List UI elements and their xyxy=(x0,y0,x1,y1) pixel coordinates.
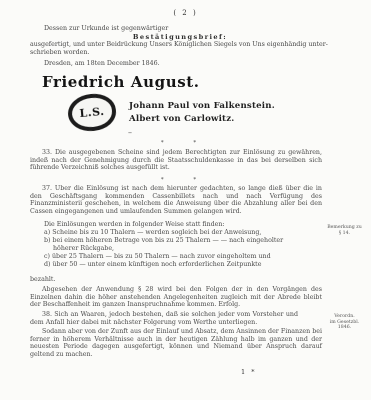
closing-line-1: Dessen zur Urkunde ist gegenwärtiger xyxy=(30,25,330,33)
list-close: bezahlt. xyxy=(30,276,55,283)
signer-name: Johann Paul von Falkenstein. xyxy=(129,100,275,113)
margin-note-line: § 14. xyxy=(321,231,368,237)
list-intro: Die Einlösungen werden in folgender Weis… xyxy=(44,221,306,229)
paragraph-final: Sodann aber von der Zunft aus der Einlau… xyxy=(30,328,322,359)
sheet-signature: 1 * xyxy=(241,368,256,376)
closing-line-4: schrieben worden. xyxy=(30,49,330,57)
signature-king: Friedrich August. xyxy=(42,73,200,91)
signer-name: Albert von Carlowitz. xyxy=(129,113,275,126)
margin-note-line: Bemerkung zu xyxy=(321,225,368,231)
page-number: ( 2 ) xyxy=(0,9,371,17)
list-item-a: a) Scheine bis zu 10 Thalern — werden so… xyxy=(44,229,306,237)
countersignatures: Johann Paul von Falkenstein. Albert von … xyxy=(129,100,275,125)
margin-note: Verordn. im Gesetzbl. 1846. xyxy=(321,314,368,331)
margin-note-line: 1846. xyxy=(321,325,368,331)
paragraph-37: 37. Über die Einlösung ist nach dem hier… xyxy=(30,185,322,216)
seal-text: L.S. xyxy=(79,105,105,120)
margin-note: Bemerkung zu § 14. xyxy=(321,225,368,236)
scanned-document-page: ( 2 ) Dessen zur Urkunde ist gegenwärtig… xyxy=(0,0,371,400)
closing-line-3: ausgefertigt, und unter Beidrückung Unse… xyxy=(30,41,330,49)
list-item-c: c) über 25 Thalern — bis zu 50 Thalern —… xyxy=(44,253,306,261)
dateline: Dresden, am 18ten December 1846. xyxy=(44,60,160,67)
section-divider: * * xyxy=(0,177,371,183)
paragraph-33: 33. Die ausgegebenen Scheine sind jedem … xyxy=(30,149,322,172)
paragraph-38: 38. Sich an Waaren, jedoch bestehen, daß… xyxy=(30,311,298,326)
list-item-b: b) bei einem höheren Betrage von bis zu … xyxy=(44,237,306,253)
list-item-d: d) über 50 — unter einem künftigen noch … xyxy=(44,261,306,269)
redemption-list: Die Einlösungen werden in folgender Weis… xyxy=(44,221,306,269)
paragraph-mid: Abgesehen der Anwendung § 28 wird bei de… xyxy=(30,286,322,309)
closing-formula: Dessen zur Urkunde ist gegenwärtiger Bes… xyxy=(30,25,330,57)
signature-flourish: – xyxy=(128,128,132,137)
royal-seal-icon: L.S. xyxy=(66,92,117,133)
closing-line-2: Bestätigungsbrief: xyxy=(30,33,330,41)
section-divider: * * xyxy=(0,140,371,146)
signature-block: L.S. Johann Paul von Falkenstein. Albert… xyxy=(68,94,275,131)
